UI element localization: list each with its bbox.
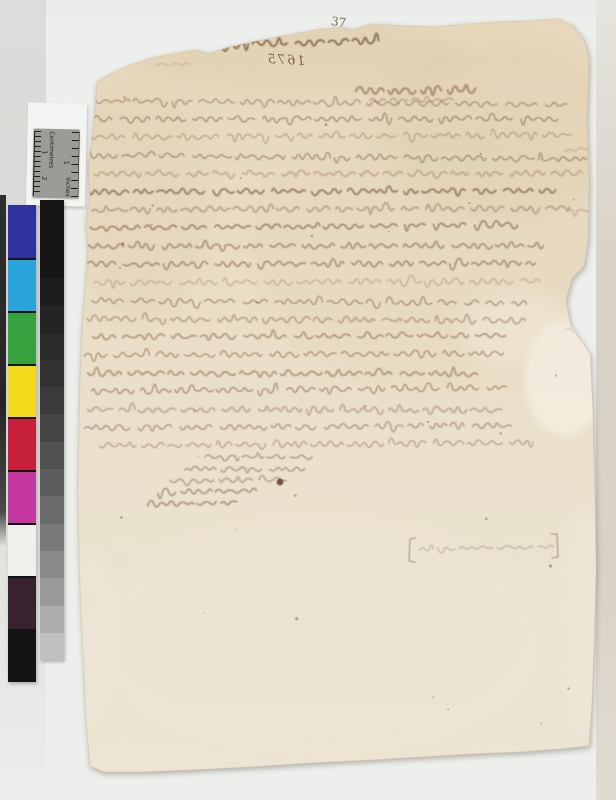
color-patch-yellow — [8, 364, 36, 417]
scan-canvas: 37 1675 Inches 1 1 2 Centimetres — [0, 0, 616, 800]
foxing-dot — [573, 198, 575, 200]
grayscale-step-3 — [40, 333, 64, 360]
color-patch-magenta — [8, 470, 36, 523]
foxing-dot — [198, 456, 199, 457]
ruler-card: Inches 1 1 2 Centimetres — [32, 129, 79, 199]
manuscript-layer — [0, 0, 616, 800]
color-patch-column — [8, 205, 36, 682]
folio-number: 37 — [330, 14, 347, 30]
grayscale-strip — [40, 200, 64, 660]
foxing-dot — [151, 223, 153, 225]
foxing-dot — [203, 612, 204, 613]
color-patch-cyan — [8, 258, 36, 311]
grayscale-step-12 — [40, 578, 64, 605]
ruler-scales: Inches 1 1 2 Centimetres — [32, 129, 79, 199]
foxing-dot — [235, 529, 237, 531]
foxing-dot — [151, 204, 153, 206]
color-patch-blue — [8, 205, 36, 258]
foxing-dot — [480, 153, 482, 155]
grayscale-step-14 — [40, 633, 64, 660]
grayscale-step-2 — [40, 305, 64, 332]
foxing-dot — [325, 123, 328, 126]
foxing-dot — [555, 374, 557, 376]
grayscale-step-8 — [40, 469, 64, 496]
grayscale-step-13 — [40, 606, 64, 633]
grayscale-step-5 — [40, 387, 64, 414]
grayscale-step-0 — [40, 200, 64, 278]
color-patch-plum — [8, 576, 36, 629]
foxing-dot — [120, 516, 123, 519]
foxing-dot — [240, 177, 242, 179]
foxing-dot — [549, 565, 552, 568]
foxing-dot — [567, 687, 569, 689]
grayscale-step-6 — [40, 414, 64, 441]
foxing-dot — [540, 723, 542, 725]
foxing-dot — [499, 432, 501, 434]
centimetre-ticks — [32, 131, 40, 196]
grayscale-step-10 — [40, 524, 64, 551]
grayscale-step-7 — [40, 442, 64, 469]
color-patch-red — [8, 417, 36, 470]
date-annotation: 1675 — [266, 52, 306, 69]
inch-number-1: 1 — [63, 160, 69, 164]
inch-ticks — [70, 131, 79, 196]
cm-number-1: 1 — [41, 150, 47, 154]
foxing-dot — [295, 617, 298, 620]
foxing-dot — [432, 697, 434, 699]
foxing-dot — [447, 708, 449, 710]
grayscale-step-11 — [40, 551, 64, 578]
grayscale-step-4 — [40, 360, 64, 387]
foxing-dot — [123, 96, 126, 99]
foxing-dot — [388, 231, 390, 233]
ink-blot — [277, 479, 284, 486]
foxing-dot — [485, 517, 488, 520]
color-patch-black — [8, 629, 36, 682]
color-patch-green — [8, 311, 36, 364]
cm-number-2: 2 — [41, 176, 47, 180]
foxing-dot — [364, 405, 367, 408]
foxing-dot — [119, 266, 122, 269]
foxing-dot — [468, 202, 470, 204]
foxing-dot — [427, 421, 429, 423]
foxing-dot — [294, 494, 297, 497]
color-patch-white — [8, 523, 36, 576]
grayscale-step-9 — [40, 496, 64, 523]
grayscale-step-1 — [40, 278, 64, 305]
centimetres-label: Centimetres — [47, 131, 54, 168]
inches-label: Inches — [63, 177, 69, 197]
foxing-dot — [310, 234, 313, 237]
